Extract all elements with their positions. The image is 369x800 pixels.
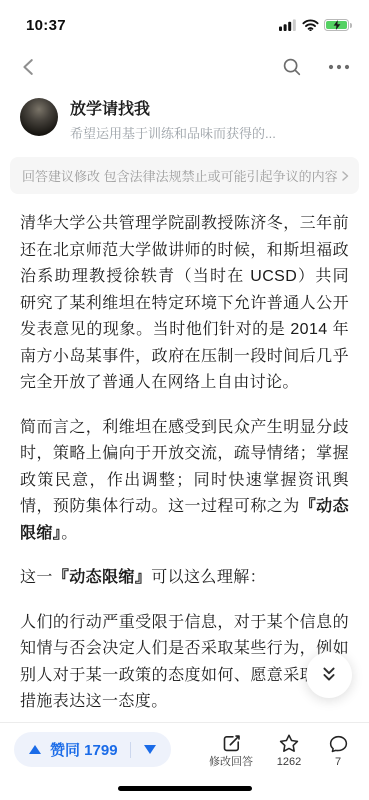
paragraph-4: 人们的行动严重受限于信息，对于某个信息的知情与否会决定人们是否采取某些行为，例如… bbox=[20, 610, 349, 716]
moderation-notice-text: 回答建议修改 包含法律法规禁止或可能引起争议的内容 bbox=[22, 166, 339, 185]
vote-divider bbox=[130, 742, 131, 758]
avatar[interactable] bbox=[20, 98, 58, 136]
paragraph-3-text: 这一 bbox=[20, 569, 53, 586]
ellipsis-icon bbox=[327, 56, 351, 78]
author-row[interactable]: 放学请找我 希望运用基于训练和品味而获得的... bbox=[0, 90, 369, 142]
paragraph-4-text: 人们的行动严重受限于信息，对于某个信息的知情与否会决定人们是否采取某些行为，例如… bbox=[20, 614, 349, 711]
answer-body: 清华大学公共管理学院副教授陈济冬，三年前还在北京师范大学做讲师的时候，和斯坦福政… bbox=[0, 194, 369, 716]
collect-button[interactable]: 1262 bbox=[276, 732, 302, 769]
wifi-icon bbox=[302, 19, 319, 32]
comment-button[interactable]: 7 bbox=[325, 732, 351, 769]
upvote-button[interactable]: 赞同 1799 bbox=[50, 739, 118, 760]
answer-detail-screen: 10:37 bbox=[0, 0, 369, 800]
edit-pencil-icon bbox=[220, 732, 243, 755]
paragraph-1-text: 清华大学公共管理学院副教授陈济冬，三年前还在北京师范大学做讲师的时候，和斯坦福政… bbox=[20, 215, 349, 391]
vote-pill: 赞同 1799 bbox=[14, 732, 171, 767]
edit-answer-button[interactable]: 修改回答 bbox=[209, 732, 253, 769]
downvote-icon[interactable] bbox=[144, 745, 156, 754]
search-icon bbox=[281, 56, 303, 78]
collect-count: 1262 bbox=[277, 756, 301, 769]
home-indicator[interactable] bbox=[118, 786, 252, 791]
nav-bar bbox=[0, 44, 369, 90]
scroll-to-bottom-button[interactable] bbox=[306, 652, 352, 698]
paragraph-2-period: 。 bbox=[61, 525, 77, 542]
lightning-bolt-icon bbox=[333, 20, 341, 30]
chevron-right-icon bbox=[339, 170, 351, 182]
paragraph-3-bold-term: 『动态限缩』 bbox=[53, 569, 151, 586]
author-bio: 希望运用基于训练和品味而获得的... bbox=[70, 123, 276, 142]
clock: 10:37 bbox=[26, 17, 66, 34]
paragraph-3: 这一『动态限缩』可以这么理解： bbox=[20, 565, 349, 592]
status-icons bbox=[279, 19, 349, 32]
edit-answer-label: 修改回答 bbox=[209, 756, 253, 769]
comment-count: 7 bbox=[335, 756, 341, 769]
cellular-signal-icon bbox=[279, 19, 297, 31]
battery-charging-icon bbox=[324, 19, 349, 32]
back-button[interactable] bbox=[18, 56, 40, 78]
paragraph-2: 简而言之，利维坦在感受到民众产生明显分歧时，策略上偏向于开放交流，疏导情绪；掌握… bbox=[20, 415, 349, 548]
more-button[interactable] bbox=[327, 56, 351, 78]
moderation-notice[interactable]: 回答建议修改 包含法律法规禁止或可能引起争议的内容 bbox=[10, 157, 359, 194]
upvote-icon[interactable] bbox=[29, 745, 41, 754]
author-meta: 放学请找我 希望运用基于训练和品味而获得的... bbox=[70, 98, 276, 142]
star-icon bbox=[277, 732, 301, 755]
bar-actions: 修改回答 1262 7 bbox=[209, 732, 355, 769]
search-button[interactable] bbox=[281, 56, 303, 78]
double-chevron-down-icon bbox=[318, 664, 340, 686]
author-name[interactable]: 放学请找我 bbox=[70, 99, 276, 121]
paragraph-1: 清华大学公共管理学院副教授陈济冬，三年前还在北京师范大学做讲师的时候，和斯坦福政… bbox=[20, 211, 349, 397]
paragraph-3-tail: 可以这么理解： bbox=[151, 569, 266, 586]
back-chevron-icon bbox=[18, 56, 40, 78]
comment-bubble-icon bbox=[327, 732, 350, 755]
status-bar: 10:37 bbox=[0, 0, 369, 44]
bottom-action-bar: 赞同 1799 修改回答 1262 bbox=[0, 722, 369, 778]
